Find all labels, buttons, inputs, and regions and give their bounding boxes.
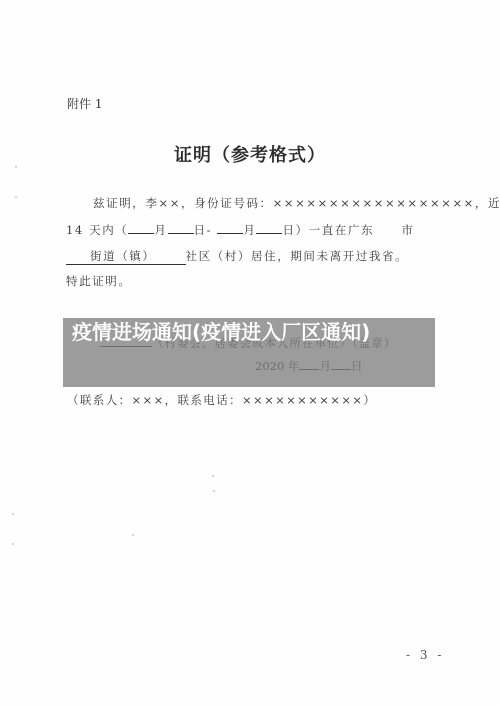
blank-day-1 xyxy=(168,222,194,234)
attachment-label: 附件 1 xyxy=(67,95,102,112)
month-2-label: 月 xyxy=(243,223,256,237)
scan-speck xyxy=(12,513,14,515)
body-line-3: 街道（镇）社区（村）居住，期间未离开过我省。 xyxy=(66,248,408,265)
contact-line: （联系人：×××，联系电话：×××××××××××） xyxy=(67,392,376,408)
street-label: 街道（镇） xyxy=(90,249,156,263)
document-title: 证明（参考格式） xyxy=(0,141,500,167)
body-line-2: 14 天内（月日- 月日）一直在广东 市 xyxy=(66,222,415,238)
city-label: 市 xyxy=(401,223,414,237)
scan-speck xyxy=(12,543,14,545)
period-prefix: 14 天内（ xyxy=(66,223,128,237)
month-1-label: 月 xyxy=(154,223,167,237)
street-blank: 街道（镇） xyxy=(66,248,186,265)
period-suffix: 日）一直在广东 xyxy=(282,223,374,237)
residence-text: 社区（村）居住，期间未离开过我省。 xyxy=(186,249,409,263)
scan-speck xyxy=(15,166,17,168)
page-number: - 3 - xyxy=(406,648,444,662)
overlay-title[interactable]: 疫情进场通知(疫情进入厂区通知) xyxy=(72,320,432,344)
day-1-label: 日- xyxy=(194,223,213,237)
blank-day-2 xyxy=(256,222,282,234)
blank-month-2 xyxy=(217,222,243,234)
scan-speck xyxy=(213,490,215,492)
blank-month-1 xyxy=(128,222,154,234)
scan-speck xyxy=(212,475,214,477)
scan-speck xyxy=(15,196,17,198)
body-line-4: 特此证明。 xyxy=(66,273,132,289)
scan-speck xyxy=(132,534,134,536)
body-line-1: 兹证明，李××，身份证号码：××××××××××××××××××，近 xyxy=(93,195,500,211)
